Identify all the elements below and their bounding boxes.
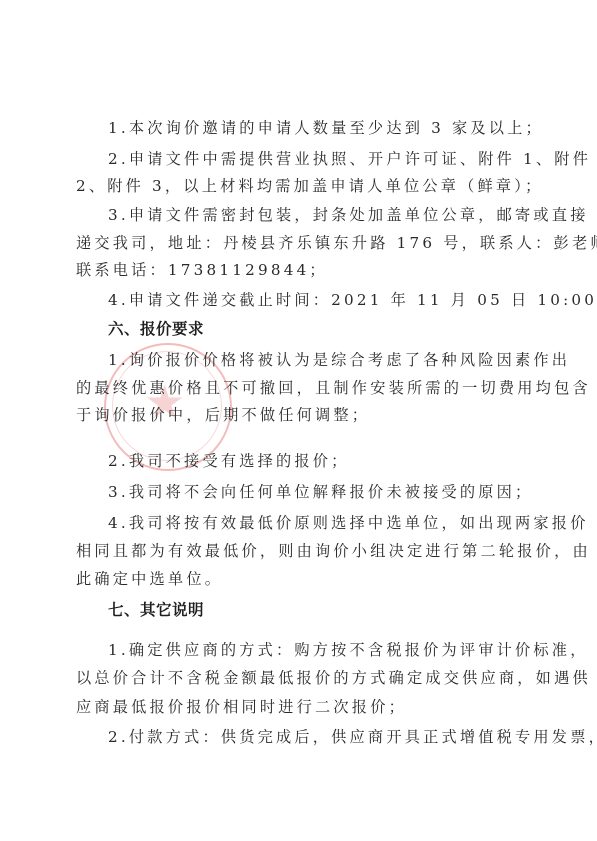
item-3-line-3: 联系电话：17381129844；: [76, 260, 536, 280]
section-heading-other-notes: 七、其它说明: [108, 600, 568, 620]
item-2-line-1: 2.申请文件中需提供营业执照、开户许可证、附件 1、附件: [108, 149, 568, 169]
section-heading-quotation-requirements: 六、报价要求: [108, 319, 568, 339]
item-1-line-1: 1.本次询价邀请的申请人数量至少达到 3 家及以上；: [108, 118, 568, 138]
quote-item-1-line-2: 的最终优惠价格且不可撤回，且制作安装所需的一切费用均包含: [76, 378, 536, 398]
quote-item-4-line-1: 4.我司将按有效最低价原则选择中选单位，如出现两家报价: [108, 513, 568, 533]
document-page: ★ 1.本次询价邀请的申请人数量至少达到 3 家及以上； 2.申请文件中需提供营…: [0, 0, 597, 841]
quote-item-3-line-1: 3.我司将不会向任何单位解释报价未被接受的原因；: [108, 482, 568, 502]
note-item-1-line-3: 应商最低报价报价相同时进行二次报价；: [76, 697, 536, 717]
item-3-line-1: 3.申请文件需密封包装，封条处加盖单位公章，邮寄或直接: [108, 205, 568, 225]
quote-item-1-line-3: 于询价报价中，后期不做任何调整；: [76, 405, 536, 425]
note-item-1-line-1: 1.确定供应商的方式：购方按不含税报价为评审计价标准，: [108, 640, 568, 660]
note-item-1-line-2: 以总价合计不含税金额最低报价的方式确定成交供应商，如遇供: [76, 668, 536, 688]
item-3-line-2: 递交我司，地址：丹棱县齐乐镇东升路 176 号，联系人：彭老师，: [76, 233, 536, 253]
item-4-line-1: 4.申请文件递交截止时间：2021 年 11 月 05 日 10:00。: [108, 290, 568, 310]
quote-item-2-line-1: 2.我司不接受有选择的报价；: [108, 451, 568, 471]
quote-item-4-line-2: 相同且都为有效最低价，则由询价小组决定进行第二轮报价，由: [76, 541, 536, 561]
quote-item-1-line-1: 1.询价报价价格将被认为是综合考虑了各种风险因素作出: [108, 350, 568, 370]
note-item-2-line-1: 2.付款方式：供货完成后，供应商开具正式增值税专用发票，: [108, 727, 568, 747]
item-2-line-2: 2、附件 3，以上材料均需加盖申请人单位公章（鲜章）；: [76, 176, 536, 196]
quote-item-4-line-3: 此确定中选单位。: [76, 569, 536, 589]
